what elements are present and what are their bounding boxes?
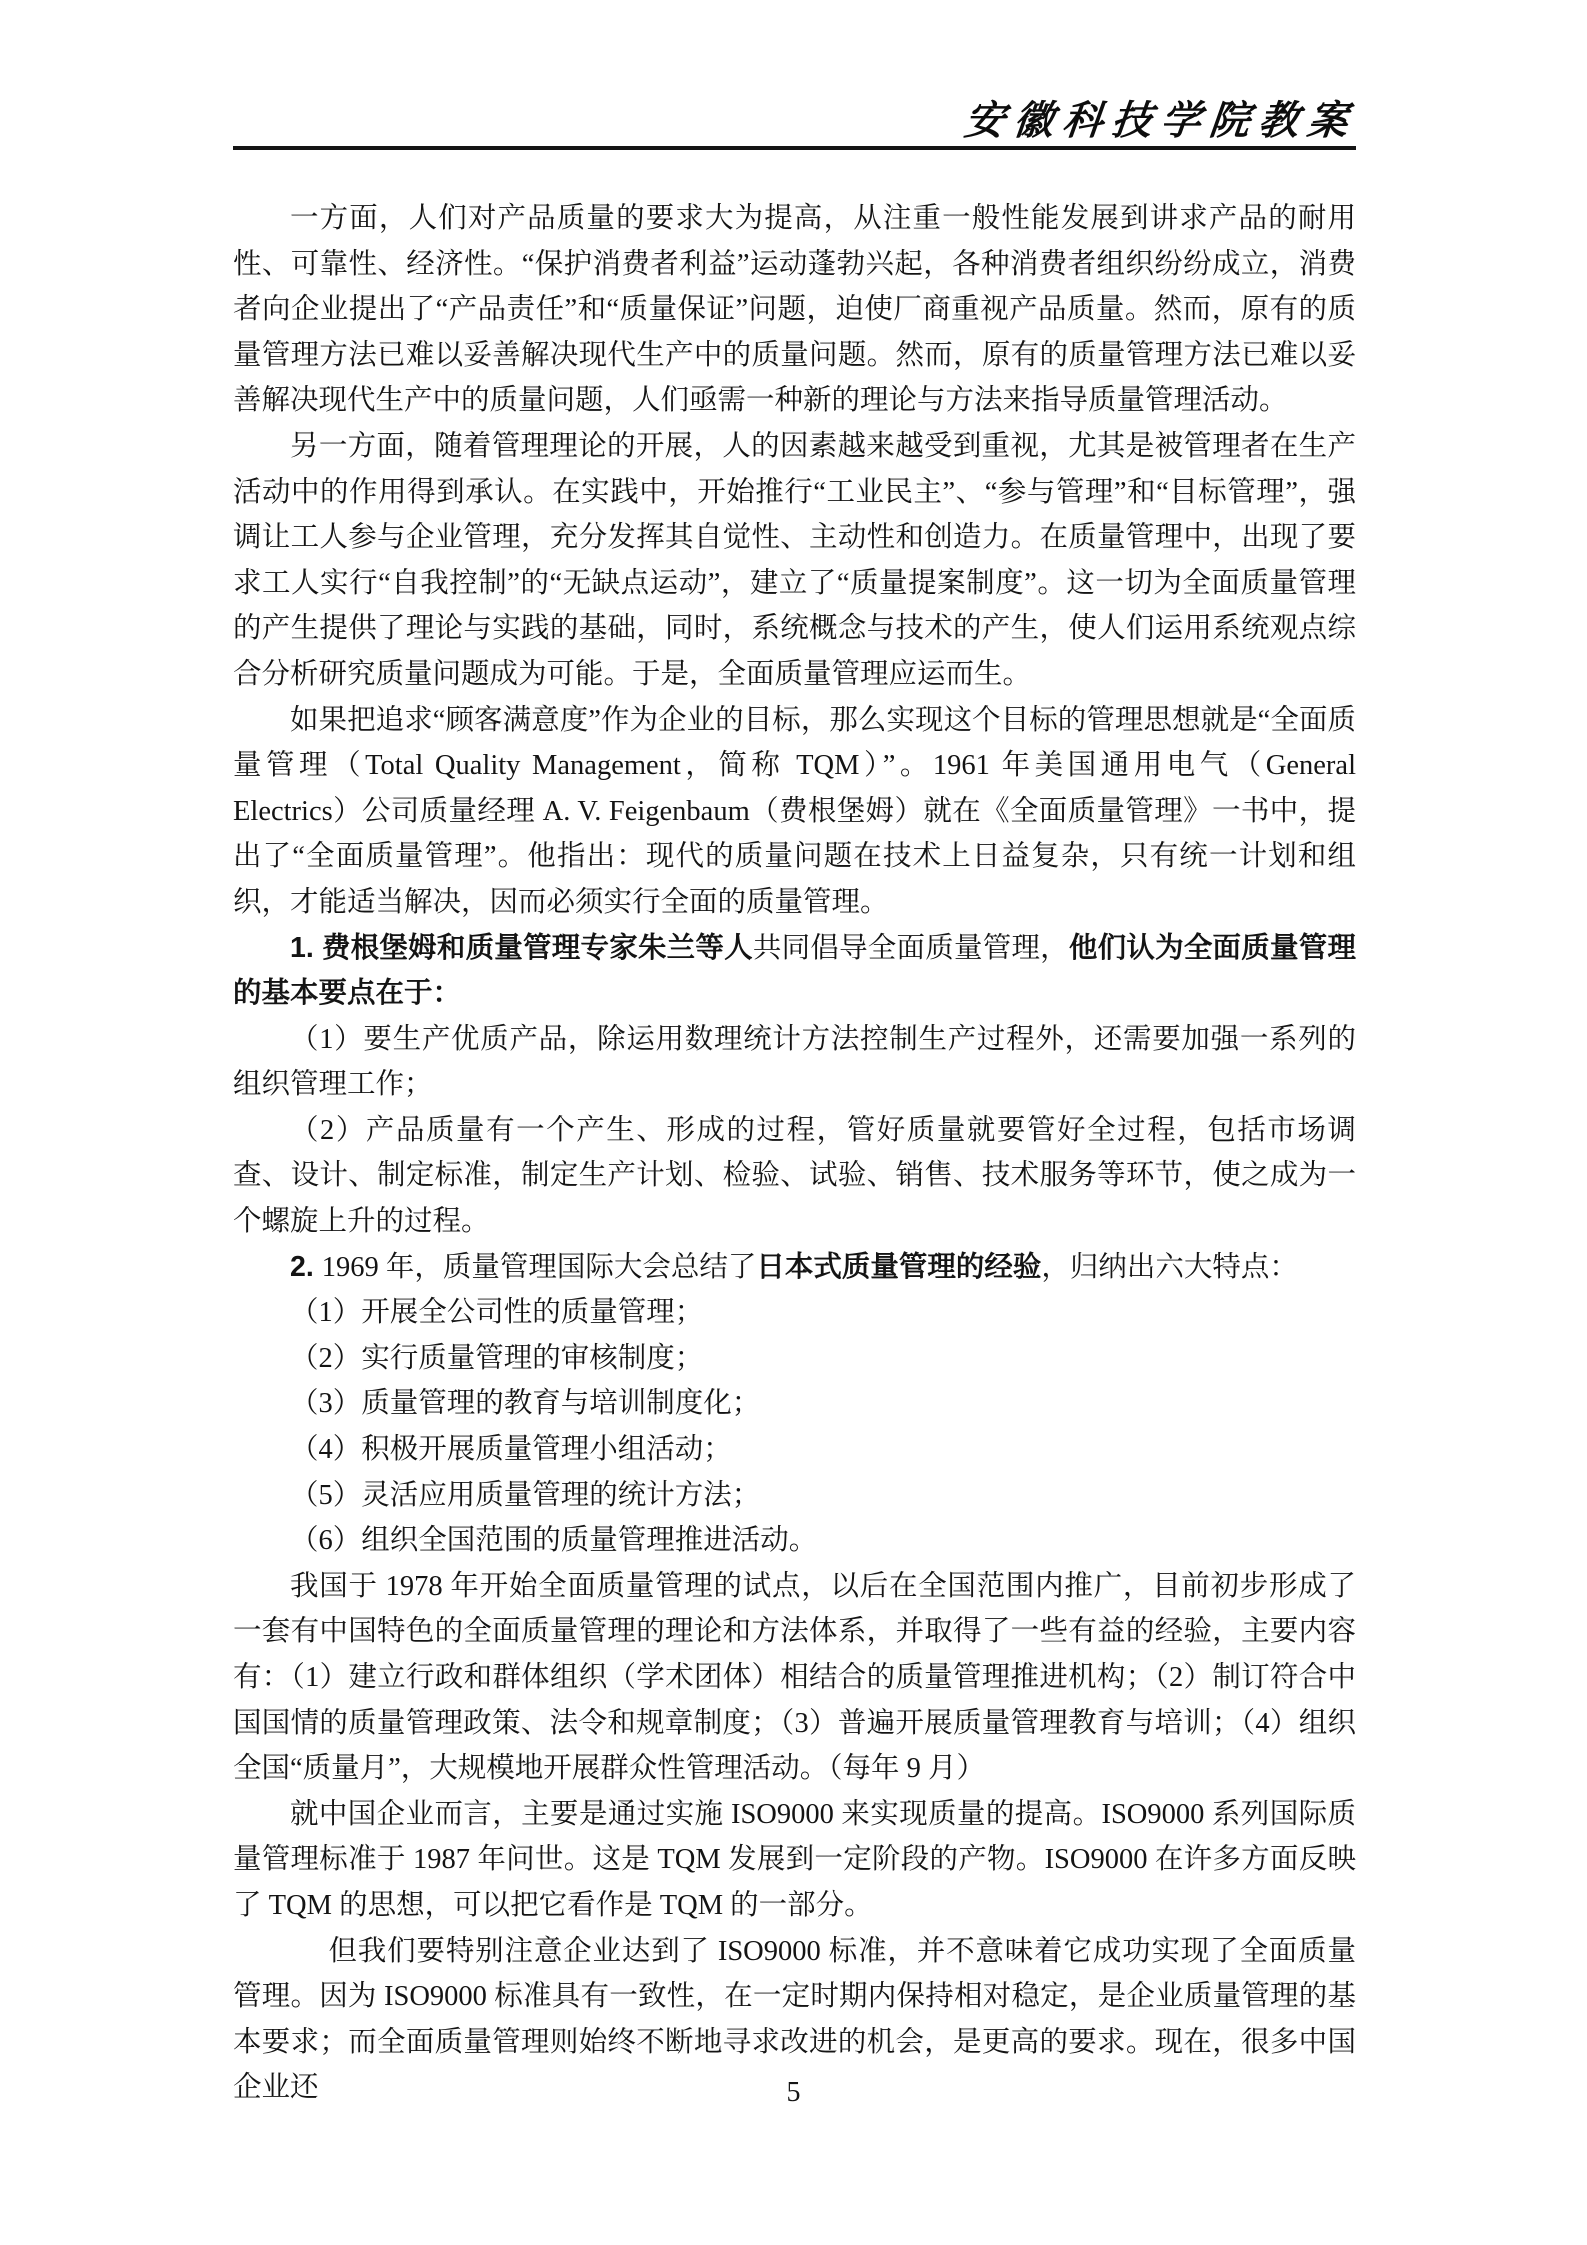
document-page: 安徽科技学院教案 一方面，人们对产品质量的要求大为提高，从注重一般性能发展到讲求… <box>0 0 1587 2245</box>
paragraph: （6）组织全国范围的质量管理推进活动。 <box>233 1518 1356 1564</box>
text-segment: （1）开展全公司性的质量管理； <box>290 1297 703 1328</box>
text-segment: 2. <box>290 1251 322 1283</box>
text-segment: 1. 费根堡姆和质量管理专家朱兰等人 <box>290 932 753 964</box>
text-segment: 我国于 1978 年开始全面质量管理的试点，以后在全国范围内推广，目前初步形成了… <box>233 1571 1356 1784</box>
page-header: 安徽科技学院教案 <box>233 0 1356 150</box>
text-segment: 日本式质量管理的经验 <box>756 1251 1041 1283</box>
document-body: 一方面，人们对产品质量的要求大为提高，从注重一般性能发展到讲求产品的耐用性、可靠… <box>233 196 1356 2111</box>
paragraph: 一方面，人们对产品质量的要求大为提高，从注重一般性能发展到讲求产品的耐用性、可靠… <box>233 196 1356 424</box>
paragraph: （5）灵活应用质量管理的统计方法； <box>233 1473 1356 1519</box>
paragraph: 1. 费根堡姆和质量管理专家朱兰等人共同倡导全面质量管理，他们认为全面质量管理的… <box>233 926 1356 1017</box>
text-segment: （2）实行质量管理的审核制度； <box>290 1343 703 1374</box>
page-footer: 5 <box>0 2076 1587 2110</box>
page-number: 5 <box>787 2077 801 2108</box>
paragraph: 就中国企业而言，主要是通过实施 ISO9000 来实现质量的提高。ISO9000… <box>233 1792 1356 1929</box>
text-segment: （2）产品质量有一个产生、形成的过程，管好质量就要管好全过程，包括市场调查、设计… <box>233 1115 1356 1237</box>
paragraph: （3）质量管理的教育与培训制度化； <box>233 1381 1356 1427</box>
text-segment: ，归纳出六大特点： <box>1041 1252 1298 1283</box>
paragraph: （2）产品质量有一个产生、形成的过程，管好质量就要管好全过程，包括市场调查、设计… <box>233 1108 1356 1245</box>
page-header-title: 安徽科技学院教案 <box>962 96 1361 146</box>
paragraph: （1）开展全公司性的质量管理； <box>233 1290 1356 1336</box>
text-segment: （1）要生产优质产品，除运用数理统计方法控制生产过程外，还需要加强一系列的组织管… <box>233 1024 1356 1101</box>
text-segment: 就中国企业而言，主要是通过实施 ISO9000 来实现质量的提高。ISO9000… <box>233 1799 1356 1921</box>
paragraph: （1）要生产优质产品，除运用数理统计方法控制生产过程外，还需要加强一系列的组织管… <box>233 1017 1356 1108</box>
paragraph: 另一方面，随着管理理论的开展，人的因素越来越受到重视，尤其是被管理者在生产活动中… <box>233 424 1356 698</box>
paragraph: 我国于 1978 年开始全面质量管理的试点，以后在全国范围内推广，目前初步形成了… <box>233 1564 1356 1792</box>
text-segment: 共同倡导全面质量管理， <box>753 933 1069 964</box>
paragraph: 2. 1969 年，质量管理国际大会总结了日本式质量管理的经验，归纳出六大特点： <box>233 1245 1356 1291</box>
text-segment: 一方面，人们对产品质量的要求大为提高，从注重一般性能发展到讲求产品的耐用性、可靠… <box>233 203 1356 416</box>
text-segment: 1969 年，质量管理国际大会总结了 <box>322 1252 757 1283</box>
text-segment: （6）组织全国范围的质量管理推进活动。 <box>290 1525 817 1556</box>
text-segment: 如果把追求“顾客满意度”作为企业的目标，那么实现这个目标的管理思想就是“全面质量… <box>233 705 1356 918</box>
paragraph: 如果把追求“顾客满意度”作为企业的目标，那么实现这个目标的管理思想就是“全面质量… <box>233 698 1356 926</box>
paragraph: （2）实行质量管理的审核制度； <box>233 1336 1356 1382</box>
text-segment: 另一方面，随着管理理论的开展，人的因素越来越受到重视，尤其是被管理者在生产活动中… <box>233 431 1356 690</box>
text-segment: （4）积极开展质量管理小组活动； <box>290 1434 732 1465</box>
paragraph: （4）积极开展质量管理小组活动； <box>233 1427 1356 1473</box>
text-segment: （3）质量管理的教育与培训制度化； <box>290 1388 760 1419</box>
text-segment: （5）灵活应用质量管理的统计方法； <box>290 1480 760 1511</box>
page-content-area: 安徽科技学院教案 一方面，人们对产品质量的要求大为提高，从注重一般性能发展到讲求… <box>233 0 1356 2111</box>
